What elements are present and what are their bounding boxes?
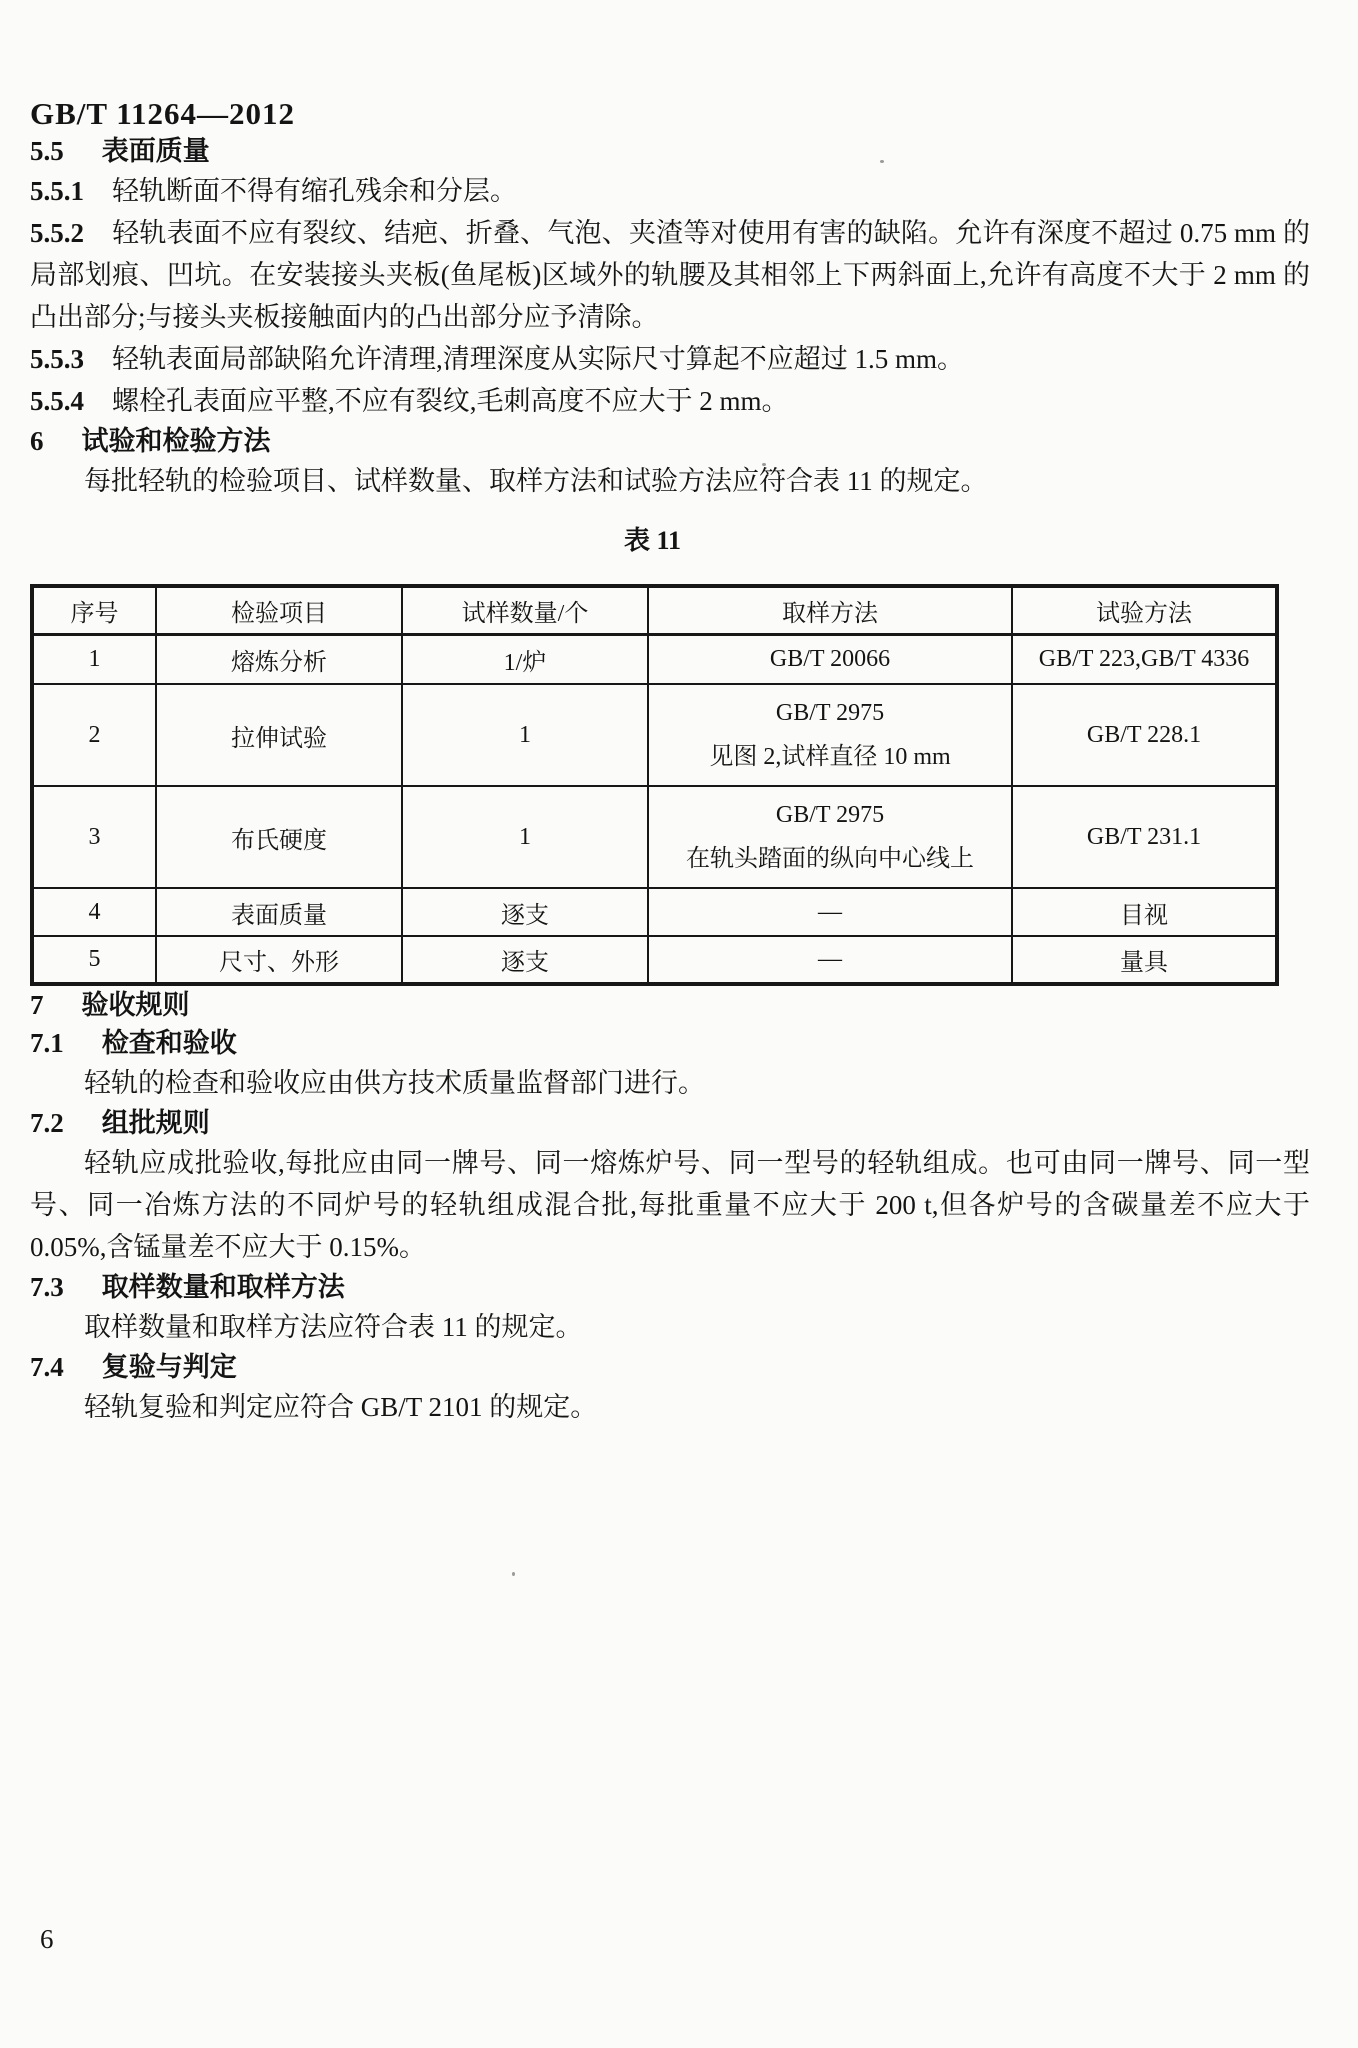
clause-text: 螺栓孔表面应平整,不应有裂纹,毛刺高度不应大于 2 mm。 <box>112 386 789 416</box>
method-cell: GB/T 228.1 <box>1012 684 1277 786</box>
method-cell: GB/T 231.1 <box>1012 786 1277 888</box>
section-title: 取样数量和取样方法 <box>102 1272 345 1302</box>
section-label: 7.3 <box>30 1272 64 1302</box>
column-header-item: 检验项目 <box>156 586 402 634</box>
table-header-row: 序号 检验项目 试样数量/个 取样方法 试验方法 <box>32 586 1277 634</box>
section-heading-6: 6试验和检验方法 <box>30 422 1310 460</box>
section-7-1-paragraph: 轻轨的检查和验收应由供方技术质量监督部门进行。 <box>30 1062 1310 1104</box>
scan-artifact <box>880 160 884 163</box>
clause-label: 5.5.3 <box>30 344 84 374</box>
sampling-cell: GB/T 2975 在轨头踏面的纵向中心线上 <box>648 786 1012 888</box>
sampling-line: GB/T 2975 <box>655 793 1005 837</box>
clause-5-5-3: 5.5.3轻轨表面局部缺陷允许清理,清理深度从实际尺寸算起不应超过 1.5 mm… <box>30 338 1310 380</box>
clause-label: 5.5.2 <box>30 218 84 248</box>
sampling-lines: GB/T 2975 见图 2,试样直径 10 mm <box>655 691 1005 779</box>
section-7-3-paragraph: 取样数量和取样方法应符合表 11 的规定。 <box>30 1306 1310 1348</box>
item-cell: 熔炼分析 <box>156 634 402 684</box>
page-content: GB/T 11264—2012 5.5表面质量 5.5.1轻轨断面不得有缩孔残余… <box>30 96 1310 1428</box>
table-row: 5 尺寸、外形 逐支 — 量具 <box>32 936 1277 984</box>
clause-label: 5.5.1 <box>30 176 84 206</box>
section-title: 组批规则 <box>102 1108 210 1138</box>
table-caption: 表 11 <box>30 524 1275 558</box>
section-label: 7.4 <box>30 1352 64 1382</box>
sampling-cell: — <box>648 888 1012 936</box>
section-title: 复验与判定 <box>102 1352 237 1382</box>
section-title: 试验和检验方法 <box>82 426 271 456</box>
section-heading-7: 7验收规则 <box>30 986 1310 1024</box>
page-number: 6 <box>40 1922 54 1956</box>
scan-artifact <box>512 1572 515 1576</box>
table-row: 2 拉伸试验 1 GB/T 2975 见图 2,试样直径 10 mm GB/T … <box>32 684 1277 786</box>
serial-cell: 5 <box>32 936 156 984</box>
column-header-method: 试验方法 <box>1012 586 1277 634</box>
section-heading-7-3: 7.3取样数量和取样方法 <box>30 1268 1310 1306</box>
scan-artifact <box>762 463 766 466</box>
clause-text: 轻轨断面不得有缩孔残余和分层。 <box>112 176 517 206</box>
section-label: 7.2 <box>30 1108 64 1138</box>
section-heading-5-5: 5.5表面质量 <box>30 132 1310 170</box>
section-7-2-paragraph: 轻轨应成批验收,每批应由同一牌号、同一熔炼炉号、同一型号的轻轨组成。也可由同一牌… <box>30 1142 1310 1268</box>
column-header-quantity: 试样数量/个 <box>402 586 648 634</box>
quantity-cell: 逐支 <box>402 888 648 936</box>
clause-text: 轻轨表面不应有裂纹、结疤、折叠、气泡、夹渣等对使用有害的缺陷。允许有深度不超过 … <box>30 218 1310 332</box>
section-label: 6 <box>30 426 44 456</box>
section-title: 检查和验收 <box>102 1028 237 1058</box>
quantity-cell: 1/炉 <box>402 634 648 684</box>
sampling-lines: GB/T 2975 在轨头踏面的纵向中心线上 <box>655 793 1005 881</box>
standard-number: GB/T 11264—2012 <box>30 96 1310 132</box>
sampling-cell: GB/T 20066 <box>648 634 1012 684</box>
section-heading-7-1: 7.1检查和验收 <box>30 1024 1310 1062</box>
clause-text: 轻轨表面局部缺陷允许清理,清理深度从实际尺寸算起不应超过 1.5 mm。 <box>112 344 964 374</box>
section-6-intro-paragraph: 每批轻轨的检验项目、试样数量、取样方法和试验方法应符合表 11 的规定。 <box>30 460 1310 502</box>
section-label: 5.5 <box>30 136 64 166</box>
serial-cell: 2 <box>32 684 156 786</box>
section-title: 表面质量 <box>102 136 210 166</box>
sampling-line: 在轨头踏面的纵向中心线上 <box>655 837 1005 881</box>
sampling-cell: GB/T 2975 见图 2,试样直径 10 mm <box>648 684 1012 786</box>
column-header-serial: 序号 <box>32 586 156 634</box>
clause-label: 5.5.4 <box>30 386 84 416</box>
test-methods-table: 序号 检验项目 试样数量/个 取样方法 试验方法 1 熔炼分析 1/炉 GB/T… <box>30 584 1279 986</box>
document-page: GB/T 11264—2012 5.5表面质量 5.5.1轻轨断面不得有缩孔残余… <box>0 0 1358 2048</box>
section-heading-7-4: 7.4复验与判定 <box>30 1348 1310 1386</box>
method-cell: 量具 <box>1012 936 1277 984</box>
clause-5-5-4: 5.5.4螺栓孔表面应平整,不应有裂纹,毛刺高度不应大于 2 mm。 <box>30 380 1310 422</box>
serial-cell: 4 <box>32 888 156 936</box>
method-cell: GB/T 223,GB/T 4336 <box>1012 634 1277 684</box>
section-label: 7.1 <box>30 1028 64 1058</box>
quantity-cell: 1 <box>402 684 648 786</box>
serial-cell: 3 <box>32 786 156 888</box>
sampling-line: 见图 2,试样直径 10 mm <box>655 735 1005 779</box>
sampling-line: GB/T 2975 <box>655 691 1005 735</box>
item-cell: 表面质量 <box>156 888 402 936</box>
table-row: 1 熔炼分析 1/炉 GB/T 20066 GB/T 223,GB/T 4336 <box>32 634 1277 684</box>
sampling-cell: — <box>648 936 1012 984</box>
quantity-cell: 逐支 <box>402 936 648 984</box>
section-label: 7 <box>30 990 44 1020</box>
section-7-4-paragraph: 轻轨复验和判定应符合 GB/T 2101 的规定。 <box>30 1386 1310 1428</box>
column-header-sampling: 取样方法 <box>648 586 1012 634</box>
table-row: 4 表面质量 逐支 — 目视 <box>32 888 1277 936</box>
serial-cell: 1 <box>32 634 156 684</box>
table-row: 3 布氏硬度 1 GB/T 2975 在轨头踏面的纵向中心线上 GB/T 231… <box>32 786 1277 888</box>
clause-5-5-1: 5.5.1轻轨断面不得有缩孔残余和分层。 <box>30 170 1310 212</box>
item-cell: 布氏硬度 <box>156 786 402 888</box>
quantity-cell: 1 <box>402 786 648 888</box>
item-cell: 尺寸、外形 <box>156 936 402 984</box>
method-cell: 目视 <box>1012 888 1277 936</box>
section-heading-7-2: 7.2组批规则 <box>30 1104 1310 1142</box>
clause-5-5-2: 5.5.2轻轨表面不应有裂纹、结疤、折叠、气泡、夹渣等对使用有害的缺陷。允许有深… <box>30 212 1310 338</box>
item-cell: 拉伸试验 <box>156 684 402 786</box>
section-title: 验收规则 <box>82 990 190 1020</box>
